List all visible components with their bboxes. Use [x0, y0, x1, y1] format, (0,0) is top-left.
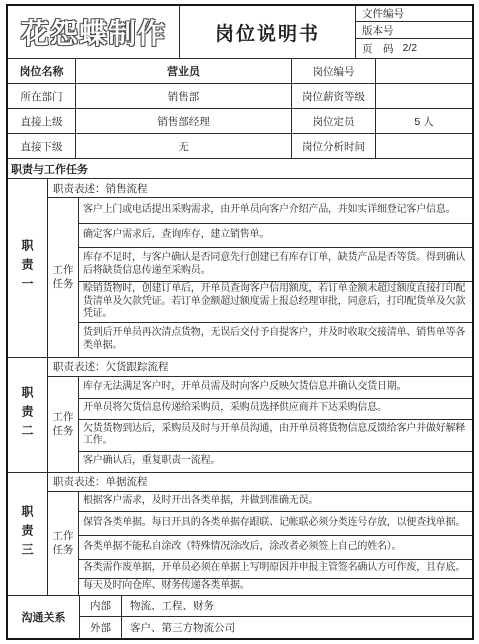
table-row: 所在部门 销售部 岗位薪资等级	[8, 84, 472, 109]
task-item: 客户确认后，重复职责一流程。	[79, 452, 472, 472]
duty-2-tasks-wrap: 工作任务 库存无法满足客户时，开单员需及时向客户反映欠货信息并确认交货日期。 开…	[48, 377, 472, 472]
duty-3-number-text: 职责三	[19, 505, 36, 562]
page-number-row: 页 码 2/2	[356, 39, 472, 58]
duty-2-number-text: 职责二	[19, 386, 36, 443]
work-task-column-text: 工作任务	[52, 529, 74, 557]
duty-2-number: 职责二	[8, 358, 48, 472]
headcount-label: 岗位定员	[292, 109, 376, 133]
direct-superior-value: 销售部经理	[76, 109, 292, 133]
duty-1-number-text: 职责一	[19, 239, 36, 296]
task-item: 每天及时向仓库、财务传递各类单据。	[79, 579, 472, 595]
page-number-value: 2/2	[403, 42, 418, 54]
table-row: 岗位名称 营业员 岗位编号	[8, 59, 472, 84]
company-logo-text: 花怨蝶制作	[8, 6, 180, 58]
position-code-label: 岗位编号	[292, 59, 376, 83]
duty-3-number: 职责三	[8, 473, 48, 595]
document-title: 岗位说明书	[180, 6, 356, 58]
position-code-value	[376, 59, 472, 83]
duty-1-task-list: 客户上门或电话提出采购需求，由开单员向客户介绍产品，并如实详细登记客户信息。 确…	[79, 198, 472, 357]
task-item: 各类需作废单据，开单员必须在单据上写明原因并申报主管签名确认方可作废，且存底。	[79, 560, 472, 579]
salary-grade-value	[376, 84, 472, 108]
job-description-table: 花怨蝶制作 岗位说明书 文件编号 版本号 页 码 2/2 岗位名称 营业员 岗	[6, 4, 474, 640]
department-value: 销售部	[76, 84, 292, 108]
work-task-column-text: 工作任务	[52, 263, 74, 291]
direct-subordinate-value: 无	[76, 134, 292, 158]
communication-rows: 内部 物流、工程、财务 外部 客户、第三方物流公司	[80, 596, 472, 638]
task-item: 开单员将欠货信息传递给采购员，采购员选择供应商并下达采购信息。	[79, 399, 472, 420]
position-name-value: 营业员	[76, 59, 292, 83]
headcount-value: 5 人	[376, 109, 472, 133]
document-meta-box: 文件编号 版本号 页 码 2/2	[356, 6, 472, 58]
duty-1-body: 职责表述：销售流程 工作任务 客户上门或电话提出采购需求，由开单员向客户介绍产品…	[48, 179, 472, 357]
analysis-time-label: 岗位分析时间	[292, 134, 376, 158]
duty-1-number: 职责一	[8, 179, 48, 357]
task-item: 根据客户需求，及时开出各类单据，并做到准确无误。	[79, 492, 472, 512]
communication-label: 沟通关系	[8, 596, 80, 638]
task-item: 库存无法满足客户时，开单员需及时向客户反映欠货信息并确认交货日期。	[79, 377, 472, 399]
page-number-label: 页 码	[362, 41, 394, 56]
duty-1-tasks-wrap: 工作任务 客户上门或电话提出采购需求，由开单员向客户介绍产品，并如实详细登记客户…	[48, 198, 472, 357]
task-item: 库存不足时，与客户确认是否同意先行创建已有库存订单，缺货产品是否等货。得到确认后…	[79, 248, 472, 282]
document-header: 花怨蝶制作 岗位说明书 文件编号 版本号 页 码 2/2	[8, 6, 472, 59]
duty-3-body: 职责表述：单据流程 工作任务 根据客户需求，及时开出各类单据，并做到准确无误。 …	[48, 473, 472, 595]
version-label: 版本号	[362, 23, 394, 38]
salary-grade-label: 岗位薪资等级	[292, 84, 376, 108]
task-item: 欠货货物到达后，采购员及时与开单员沟通，由开单员将货物信息反馈给客户并做好解释工…	[79, 420, 472, 452]
position-name-label: 岗位名称	[8, 59, 76, 83]
task-item: 货到后开单员再次清点货物，无误后交付予自提客户，并及时收取交接清单、销售单等各类…	[79, 323, 472, 357]
version-row: 版本号	[356, 22, 472, 38]
duty-block-3: 职责三 职责表述：单据流程 工作任务 根据客户需求，及时开出各类单据，并做到准确…	[8, 473, 472, 596]
task-item: 各类单据不能私自涂改（特殊情况涂改后，涂改者必须签上自己的姓名）。	[79, 536, 472, 560]
work-task-column-label: 工作任务	[48, 198, 79, 357]
duty-1-statement: 职责表述：销售流程	[48, 179, 472, 198]
internal-scope-value: 物流、工程、财务	[122, 596, 472, 616]
external-scope-label: 外部	[80, 617, 122, 638]
work-task-column-label: 工作任务	[48, 377, 79, 472]
department-label: 所在部门	[8, 84, 76, 108]
table-row: 外部 客户、第三方物流公司	[80, 617, 472, 638]
doc-number-row: 文件编号	[356, 6, 472, 22]
task-item: 保管各类单据。每日开具的各类单据存跟联、记帐联必须分类连号存放，以便查找单据。	[79, 512, 472, 536]
internal-scope-label: 内部	[80, 596, 122, 616]
task-item: 确定客户需求后，查询库存，建立销售单。	[79, 224, 472, 248]
duty-2-body: 职责表述：欠货跟踪流程 工作任务 库存无法满足客户时，开单员需及时向客户反映欠货…	[48, 358, 472, 472]
duties-section-title: 职责与工作任务	[8, 159, 472, 179]
duty-3-task-list: 根据客户需求，及时开出各类单据，并做到准确无误。 保管各类单据。每日开具的各类单…	[79, 492, 472, 595]
table-row: 直接上级 销售部经理 岗位定员 5 人	[8, 109, 472, 134]
external-scope-value: 客户、第三方物流公司	[122, 617, 472, 638]
analysis-time-value	[376, 134, 472, 158]
duty-2-statement: 职责表述：欠货跟踪流程	[48, 358, 472, 377]
direct-subordinate-label: 直接下级	[8, 134, 76, 158]
duty-3-tasks-wrap: 工作任务 根据客户需求，及时开出各类单据，并做到准确无误。 保管各类单据。每日开…	[48, 492, 472, 595]
duty-2-task-list: 库存无法满足客户时，开单员需及时向客户反映欠货信息并确认交货日期。 开单员将欠货…	[79, 377, 472, 472]
communication-section: 沟通关系 内部 物流、工程、财务 外部 客户、第三方物流公司	[8, 596, 472, 638]
work-task-column-label: 工作任务	[48, 492, 79, 595]
task-item: 赊销货物时，创建订单后，开单员查询客户信用额度，若订单金额未超过额度直接打印配货…	[79, 282, 472, 323]
duty-block-1: 职责一 职责表述：销售流程 工作任务 客户上门或电话提出采购需求，由开单员向客户…	[8, 179, 472, 358]
table-row: 内部 物流、工程、财务	[80, 596, 472, 617]
duty-block-2: 职责二 职责表述：欠货跟踪流程 工作任务 库存无法满足客户时，开单员需及时向客户…	[8, 358, 472, 473]
scanned-document-page: 花怨蝶制作 岗位说明书 文件编号 版本号 页 码 2/2 岗位名称 营业员 岗	[0, 0, 479, 644]
doc-number-label: 文件编号	[362, 6, 404, 21]
duty-3-statement: 职责表述：单据流程	[48, 473, 472, 492]
task-item: 客户上门或电话提出采购需求，由开单员向客户介绍产品，并如实详细登记客户信息。	[79, 198, 472, 224]
table-row: 直接下级 无 岗位分析时间	[8, 134, 472, 159]
work-task-column-text: 工作任务	[52, 410, 74, 438]
basic-info-grid: 岗位名称 营业员 岗位编号 所在部门 销售部 岗位薪资等级 直接上级 销售部经理…	[8, 59, 472, 159]
direct-superior-label: 直接上级	[8, 109, 76, 133]
